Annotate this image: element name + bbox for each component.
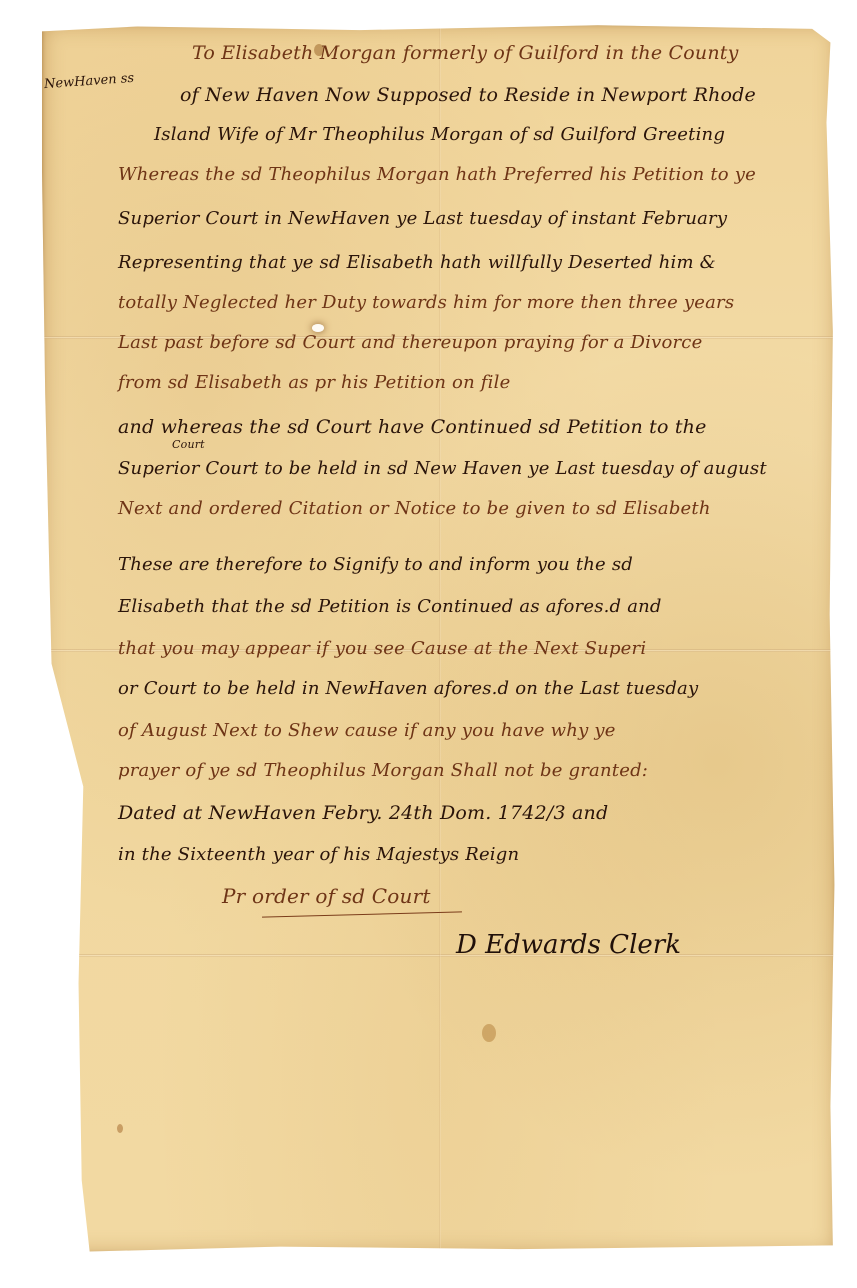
interlinear-insertion: Court [172, 438, 205, 451]
clerk-signature: D Edwards Clerk [456, 930, 681, 960]
water-stain [482, 1024, 496, 1042]
text-line-6: Representing that ye sd Elisabeth hath w… [118, 252, 716, 273]
text-line-16: or Court to be held in NewHaven afores.d… [118, 678, 698, 699]
wormhole-stain [312, 324, 324, 332]
closing-by-order: Pr order of sd Court [222, 884, 431, 908]
text-line-20: in the Sixteenth year of his Majestys Re… [118, 844, 519, 865]
closing-underline [262, 911, 462, 917]
text-line-14: Elisabeth that the sd Petition is Contin… [118, 596, 662, 617]
text-line-18: prayer of ye sd Theophilus Morgan Shall … [118, 760, 648, 781]
text-line-11: Superior Court to be held in sd New Have… [118, 458, 767, 479]
text-line-3: Island Wife of Mr Theophilus Morgan of s… [154, 124, 725, 145]
text-line-4: Whereas the sd Theophilus Morgan hath Pr… [118, 164, 756, 185]
text-line-12: Next and ordered Citation or Notice to b… [118, 498, 711, 519]
text-line-1: To Elisabeth Morgan formerly of Guilford… [192, 42, 739, 64]
text-line-7: totally Neglected her Duty towards him f… [118, 292, 734, 313]
text-line-17: of August Next to Shew cause if any you … [118, 720, 616, 741]
text-line-13: These are therefore to Signify to and in… [118, 554, 633, 575]
text-line-8: Last past before sd Court and thereupon … [118, 332, 702, 353]
text-line-10: and whereas the sd Court have Continued … [118, 416, 707, 438]
text-line-2: of New Haven Now Supposed to Reside in N… [180, 84, 756, 106]
foxing-spot [117, 1124, 123, 1133]
text-line-19: Dated at NewHaven Febry. 24th Dom. 1742/… [118, 802, 608, 824]
jurisdiction-margin-note: NewHaven ss [44, 71, 135, 92]
text-line-5: Superior Court in NewHaven ye Last tuesd… [118, 208, 727, 229]
text-line-15: that you may appear if you see Cause at … [118, 638, 646, 659]
manuscript-page: NewHaven ss To Elisabeth Morgan formerly… [42, 24, 836, 1254]
text-line-9: from sd Elisabeth as pr his Petition on … [118, 372, 510, 393]
